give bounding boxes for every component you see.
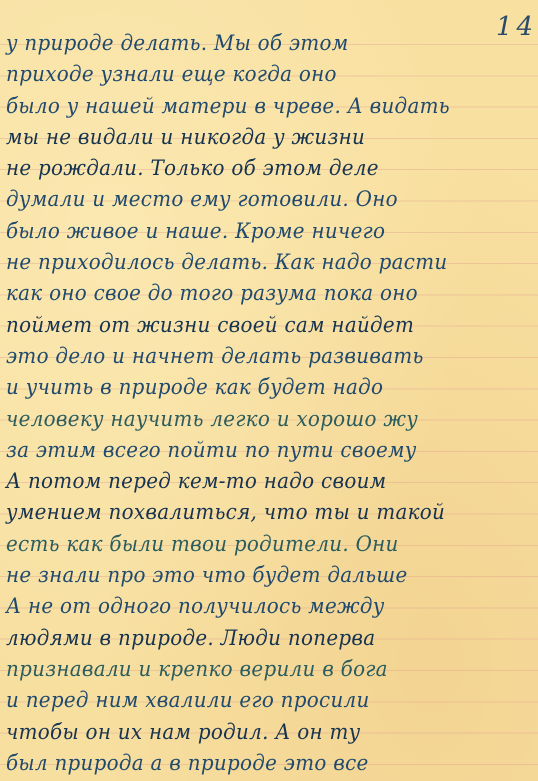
- text-line: поймет от жизни своей сам найдет: [6, 310, 506, 341]
- text-line: за этим всего пойти по пути своему: [6, 435, 506, 466]
- text-line: и перед ним хвалили его просили: [6, 685, 506, 716]
- text-line: умением похвалиться, что ты и такой: [6, 497, 506, 528]
- manuscript-page: 14 у природе делать. Мы об этом приходе …: [0, 0, 538, 781]
- text-line: не приходилось делать. Как надо расти: [6, 247, 506, 278]
- text-line: у природе делать. Мы об этом: [6, 28, 506, 59]
- text-line: есть как были твои родители. Они: [6, 529, 506, 560]
- text-line: думали и место ему готовили. Оно: [6, 184, 506, 215]
- text-line: и учить в природе как будет надо: [6, 372, 506, 403]
- text-line: людями в природе. Люди поперва: [6, 623, 506, 654]
- text-line: А потом перед кем-то надо своим: [6, 466, 506, 497]
- text-line: признавали и крепко верили в бога: [6, 654, 506, 685]
- text-line: приходе узнали еще когда оно: [6, 59, 506, 90]
- text-line: А не от одного получилось между: [6, 591, 506, 622]
- text-line: было живое и наше. Кроме ничего: [6, 216, 506, 247]
- text-line: не знали про это что будет дальше: [6, 560, 506, 591]
- text-line: человеку научить легко и хорошо жу: [6, 404, 506, 435]
- text-line: это дело и начнет делать развивать: [6, 341, 506, 372]
- text-line: чтобы он их нам родил. А он ту: [6, 717, 506, 748]
- text-line: был природа а в природе это все: [6, 748, 506, 779]
- text-line: как оно свое до того разума пока оно: [6, 278, 506, 309]
- text-line: мы не видали и никогда у жизни: [6, 122, 506, 153]
- text-line: не рождали. Только об этом деле: [6, 153, 506, 184]
- handwritten-text-body: у природе делать. Мы об этом приходе узн…: [6, 28, 534, 779]
- text-line: было у нашей матери в чреве. А видать: [6, 91, 506, 122]
